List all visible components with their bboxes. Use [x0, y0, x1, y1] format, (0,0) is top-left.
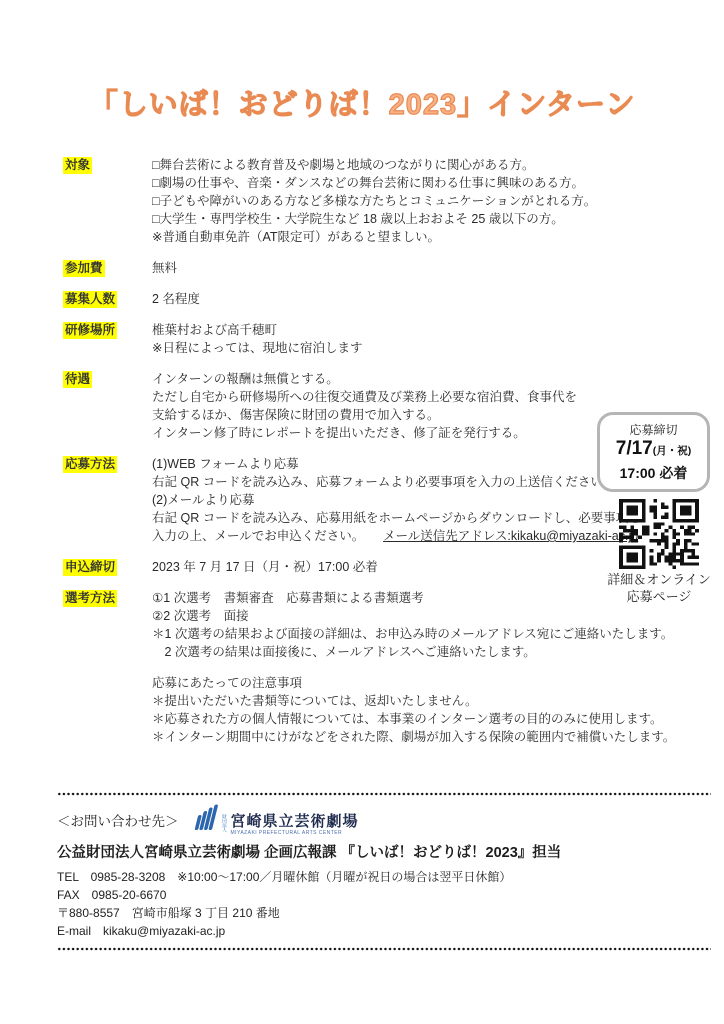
section-target: 対象 □舞台芸術による教育普及や劇場と地域のつながりに関心がある方。 □劇場の仕…	[63, 156, 713, 246]
text-line: 2 次選考の結果は面接後に、メールアドレスへご連絡いたします。	[152, 643, 713, 661]
section-label-treatment: 待遇	[63, 370, 152, 442]
text-line: 無料	[152, 259, 713, 277]
section-label-capacity: 募集人数	[63, 290, 152, 308]
arts-center-logo-icon	[193, 804, 220, 836]
logo-side-text: 財団法人	[223, 814, 228, 832]
page-title: 「しいば！おどりば！2023」インターン	[0, 82, 724, 123]
text-line: □子どもや障がいのある方など多様な方たちとコミュニケーションがとれる方。	[152, 192, 713, 210]
footer: ＜お問い合わせ先＞ 財団法人 宮崎県立芸術劇場 MIYAZA	[57, 792, 711, 951]
contact-label: ＜お問い合わせ先＞	[57, 810, 179, 830]
application-deadline-badge: 応募締切 7/17(月・祝) 17:00 必着	[597, 412, 710, 492]
arts-center-logo: 財団法人 宮崎県立芸術劇場 MIYAZAKI PREFECTURAL ARTS …	[193, 804, 359, 836]
fax-line: FAX 0985-20-6670	[57, 886, 711, 904]
section-label-target: 対象	[63, 156, 152, 246]
text-line: ＊1 次選考の結果および面接の詳細は、お申込み時のメールアドレス宛にご連絡いたし…	[152, 625, 713, 643]
section-capacity: 募集人数 2 名程度	[63, 290, 713, 308]
text-line: 2 名程度	[152, 290, 713, 308]
deadline-heading: 応募締切	[600, 421, 707, 438]
section-fee: 参加費 無料	[63, 259, 713, 277]
section-selection: 選考方法 ①1 次選考 書類審査 応募書類による書類選考 ②2 次選考 面接 ＊…	[63, 589, 713, 746]
deadline-time: 17:00 必着	[600, 463, 707, 483]
tel-line: TEL 0985-28-3208 ※10:00～17:00／月曜休館（月曜が祝日…	[57, 868, 711, 886]
section-location: 研修場所 椎葉村および高千穂町 ※日程によっては、現地に宿泊します	[63, 321, 713, 357]
text-line: ＊インターン期間中にけがなどをされた際、劇場が加入する保険の範囲内で補償いたしま…	[152, 728, 713, 746]
dotted-divider	[57, 792, 711, 796]
qr-caption: 詳細＆オンライン 応募ページ	[583, 571, 724, 605]
section-label-selection: 選考方法	[63, 589, 152, 746]
section-label-fee: 参加費	[63, 259, 152, 277]
email-line: E-mail kikaku@miyazaki-ac.jp	[57, 922, 711, 940]
dotted-divider	[57, 947, 711, 951]
text-line: ＊提出いただいた書類等については、返却いたしません。	[152, 692, 713, 710]
text-line: インターンの報酬は無償とする。	[152, 370, 713, 388]
logo-text: 宮崎県立芸術劇場	[231, 814, 359, 830]
qr-code-icon	[619, 499, 699, 569]
text-line: ※普通自動車免許（AT限定可）があると望ましい。	[152, 228, 713, 246]
section-label-apply: 応募方法	[63, 455, 152, 545]
deadline-date: 7/17(月・祝)	[600, 438, 707, 462]
flyer-page: 「しいば！おどりば！2023」インターン 対象 □舞台芸術による教育普及や劇場と…	[0, 0, 724, 1024]
text-line: □大学生・専門学校生・大学院生など 18 歳以上おおよそ 25 歳以下の方。	[152, 210, 713, 228]
text-line: □舞台芸術による教育普及や劇場と地域のつながりに関心がある方。	[152, 156, 713, 174]
text-line: ＊応募された方の個人情報については、本事業のインターン選考の目的のみに使用します…	[152, 710, 713, 728]
notes-title: 応募にあたっての注意事項	[152, 674, 713, 692]
text-line: 椎葉村および高千穂町	[152, 321, 713, 339]
text-line: □劇場の仕事や、音楽・ダンスなどの舞台芸術に関わる仕事に興味のある方。	[152, 174, 713, 192]
address-line: 〒880-8557 宮崎市船塚 3 丁目 210 番地	[57, 904, 711, 922]
organization-line: 公益財団法人宮崎県立芸術劇場 企画広報課 『しいば！おどりば！2023』担当	[57, 841, 711, 862]
text-line: ②2 次選考 面接	[152, 607, 713, 625]
section-label-location: 研修場所	[63, 321, 152, 357]
section-label-deadline: 申込締切	[63, 558, 152, 576]
text-line: ※日程によっては、現地に宿泊します	[152, 339, 713, 357]
text-line: ただし自宅から研修場所への往復交通費及び業務上必要な宿泊費、食事代を	[152, 388, 713, 406]
email-address: メール送信先アドレス:kikaku@miyazaki-ac.jp	[383, 529, 638, 543]
logo-subtext: MIYAZAKI PREFECTURAL ARTS CENTER	[231, 830, 359, 836]
